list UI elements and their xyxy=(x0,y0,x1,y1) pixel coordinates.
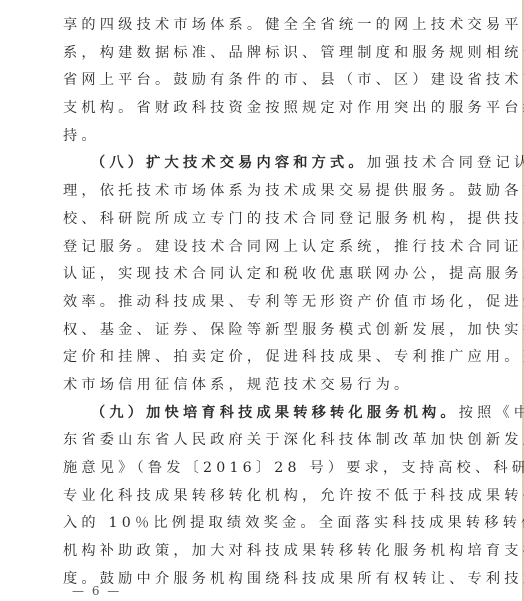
document-body: 享的四级技术市场体系。健全全省统一的网上技术交易平台体 系，构建数据标准、品牌标… xyxy=(63,0,453,593)
text-line: 效率。推动科技成果、专利等无形资产价值市场化，促进知识产 xyxy=(63,289,453,317)
text-line: 理，依托技术市场体系为技术成果交易提供服务。鼓励各市和高 xyxy=(63,178,453,206)
paragraph-9: （九）加快培育科技成果转移转化服务机构。按照《中共山 东省委山东省人民政府关于深… xyxy=(63,400,453,594)
text-line: 度。鼓励中介服务机构围绕科技成果所有权转让、专利技术许 xyxy=(63,566,453,594)
text-line: 持。 xyxy=(63,123,453,151)
text-span: 按照《中共山 xyxy=(459,405,524,421)
paragraph-8: （八）扩大技术交易内容和方式。加强技术合同登记认定管 理，依托技术市场体系为技术… xyxy=(63,150,453,399)
text-line: 支机构。省财政科技资金按照规定对作用突出的服务平台给予支 xyxy=(63,95,453,123)
text-span: 加强技术合同登记认定管 xyxy=(367,155,524,171)
text-line: 东省委山东省人民政府关于深化科技体制改革加快创新发展的实 xyxy=(63,427,453,455)
text-line: （八）扩大技术交易内容和方式。加强技术合同登记认定管 xyxy=(63,150,453,178)
text-line: 入的 10％比例提取绩效奖金。全面落实科技成果转移转化服务 xyxy=(63,510,453,538)
text-line: 专业化科技成果转移转化机构，允许按不低于科技成果转化净收 xyxy=(63,483,453,511)
text-line: 省网上平台。鼓励有条件的市、县（市、区）建设省技术市场分 xyxy=(63,67,453,95)
section-heading: （八）扩大技术交易内容和方式。 xyxy=(91,155,367,171)
text-line: 机构补助政策，加大对科技成果转移转化服务机构培育支持力 xyxy=(63,538,453,566)
text-line: 系，构建数据标准、品牌标识、管理制度和服务规则相统一的全 xyxy=(63,40,453,68)
text-line: 享的四级技术市场体系。健全全省统一的网上技术交易平台体 xyxy=(63,0,453,40)
text-line: 登记服务。建设技术合同网上认定系统，推行技术合同证明网上 xyxy=(63,234,453,262)
text-line: 术市场信用征信体系，规范技术交易行为。 xyxy=(63,372,453,400)
paragraph-1: 享的四级技术市场体系。健全全省统一的网上技术交易平台体 系，构建数据标准、品牌标… xyxy=(63,0,453,150)
text-line: 施意见》（鲁发〔2016〕28 号）要求，支持高校、科研院所设立 xyxy=(63,455,453,483)
text-line: 定价和挂牌、拍卖定价，促进科技成果、专利推广应用。建立技 xyxy=(63,344,453,372)
page-number: — 6 — xyxy=(72,584,121,598)
text-line: 权、基金、证券、保险等新型服务模式创新发展，加快实行协议 xyxy=(63,317,453,345)
section-heading: （九）加快培育科技成果转移转化服务机构。 xyxy=(91,405,459,421)
text-line: （九）加快培育科技成果转移转化服务机构。按照《中共山 xyxy=(63,400,453,428)
text-line: 校、科研院所成立专门的技术合同登记服务机构，提供技术合同 xyxy=(63,206,453,234)
text-line: 认证，实现技术合同认定和税收优惠联网办公，提高服务水平和 xyxy=(63,261,453,289)
